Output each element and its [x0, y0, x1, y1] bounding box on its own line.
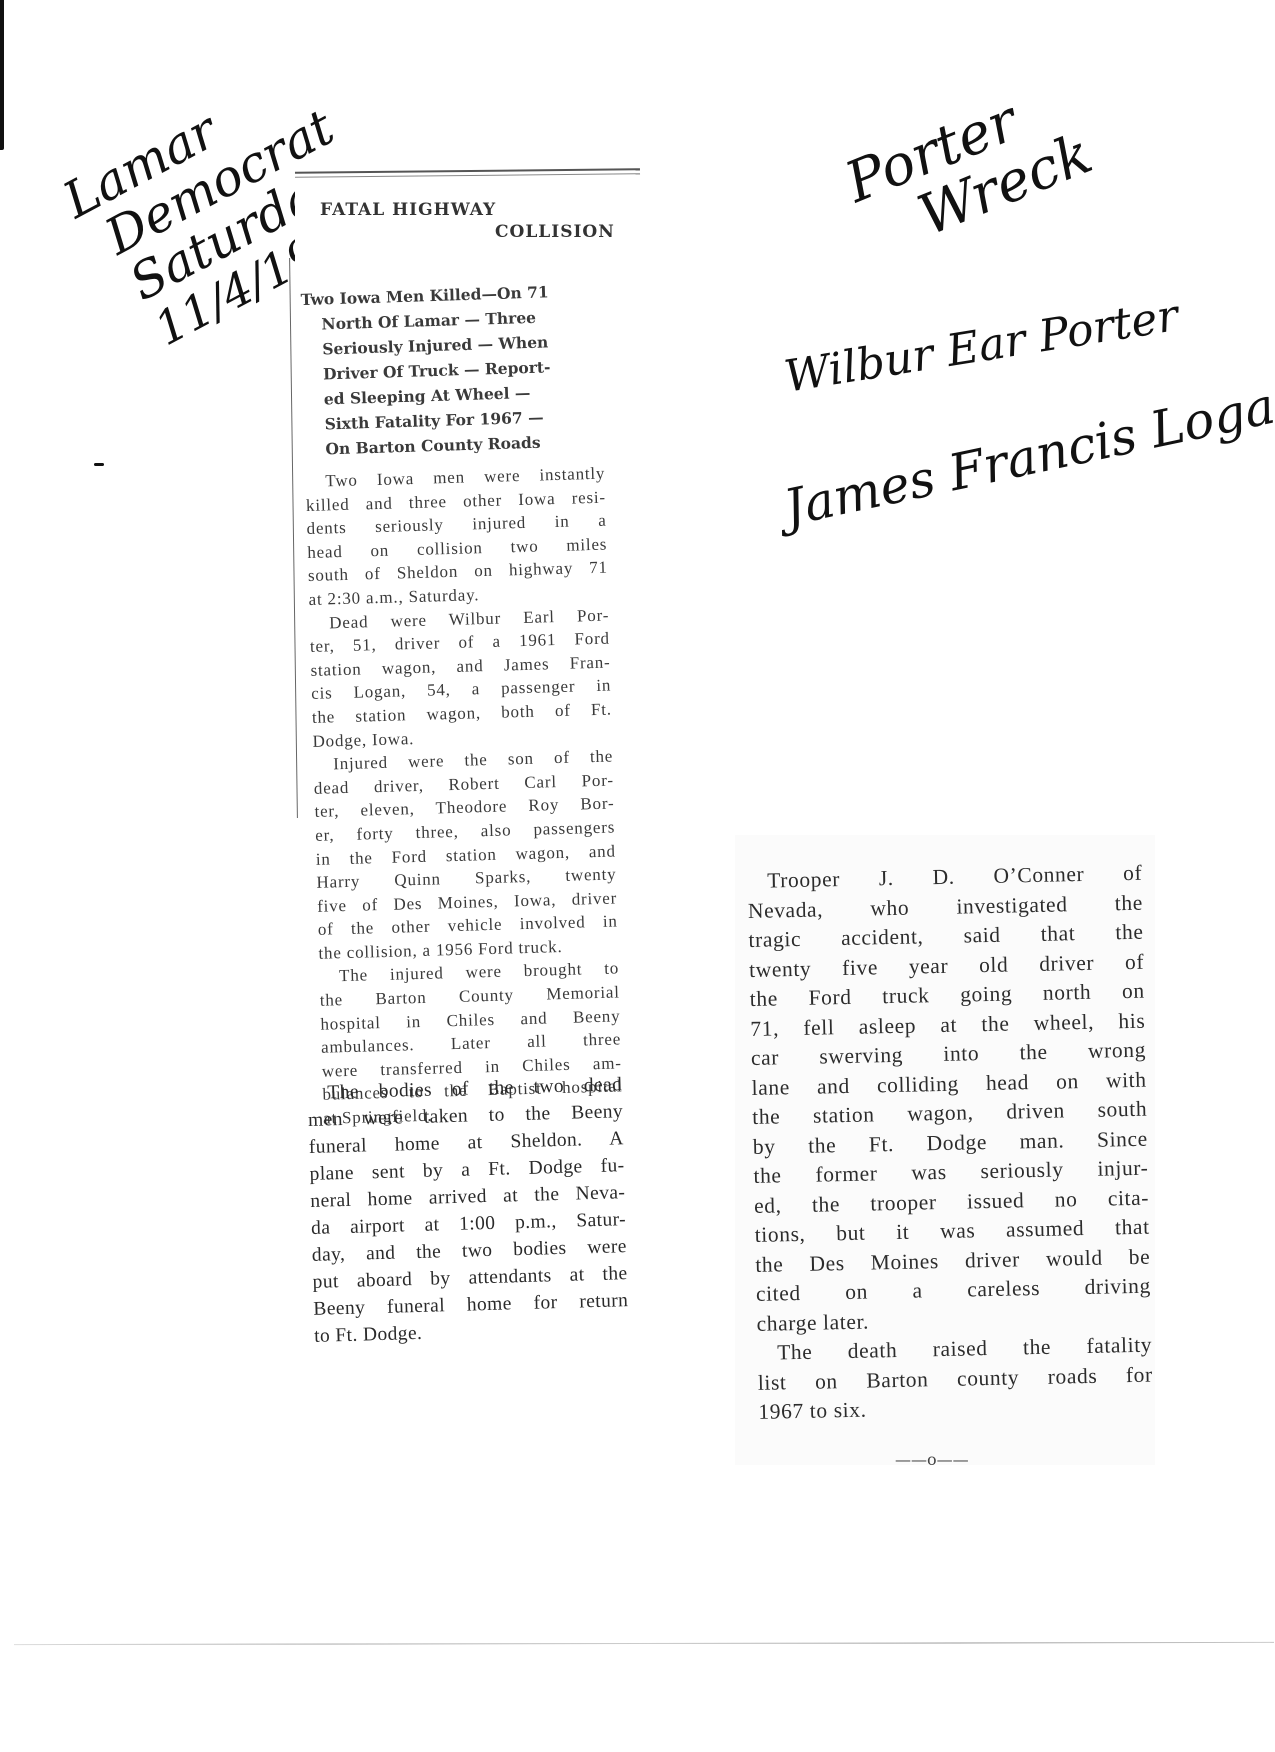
headline-deck: Two Iowa Men Killed—On 71 North Of Lamar… — [300, 277, 630, 462]
scan-edge-mark — [0, 0, 4, 150]
column-rule — [289, 258, 298, 818]
headline-line-1: FATAL HIGHWAY — [320, 200, 496, 220]
article-column-2: Trooper J. D. O’Conner ofNevada, who inv… — [747, 859, 1154, 1428]
margin-speck — [94, 463, 104, 466]
handwritten-name-2: James Francis Logan — [779, 370, 1275, 537]
newspaper-clipping-main: FATAL HIGHWAY COLLISION Two Iowa Men Kil… — [295, 170, 640, 1490]
scan-fold-line — [14, 1642, 1274, 1645]
handwritten-name-1: Wilbur Ear Porter — [781, 290, 1182, 403]
newspaper-clipping-continuation: Trooper J. D. O’Conner ofNevada, who inv… — [735, 835, 1155, 1465]
article-column-1-upper: Two Iowa men were instantlykilled and th… — [305, 462, 623, 1131]
headline-line-2: COLLISION — [495, 222, 615, 242]
article-column-1-lower: The bodies of the two deadmen were taken… — [307, 1071, 629, 1350]
article-end-mark: ——o—— — [895, 1450, 969, 1469]
handwritten-subject-note: Porter Wreck — [838, 71, 1100, 267]
